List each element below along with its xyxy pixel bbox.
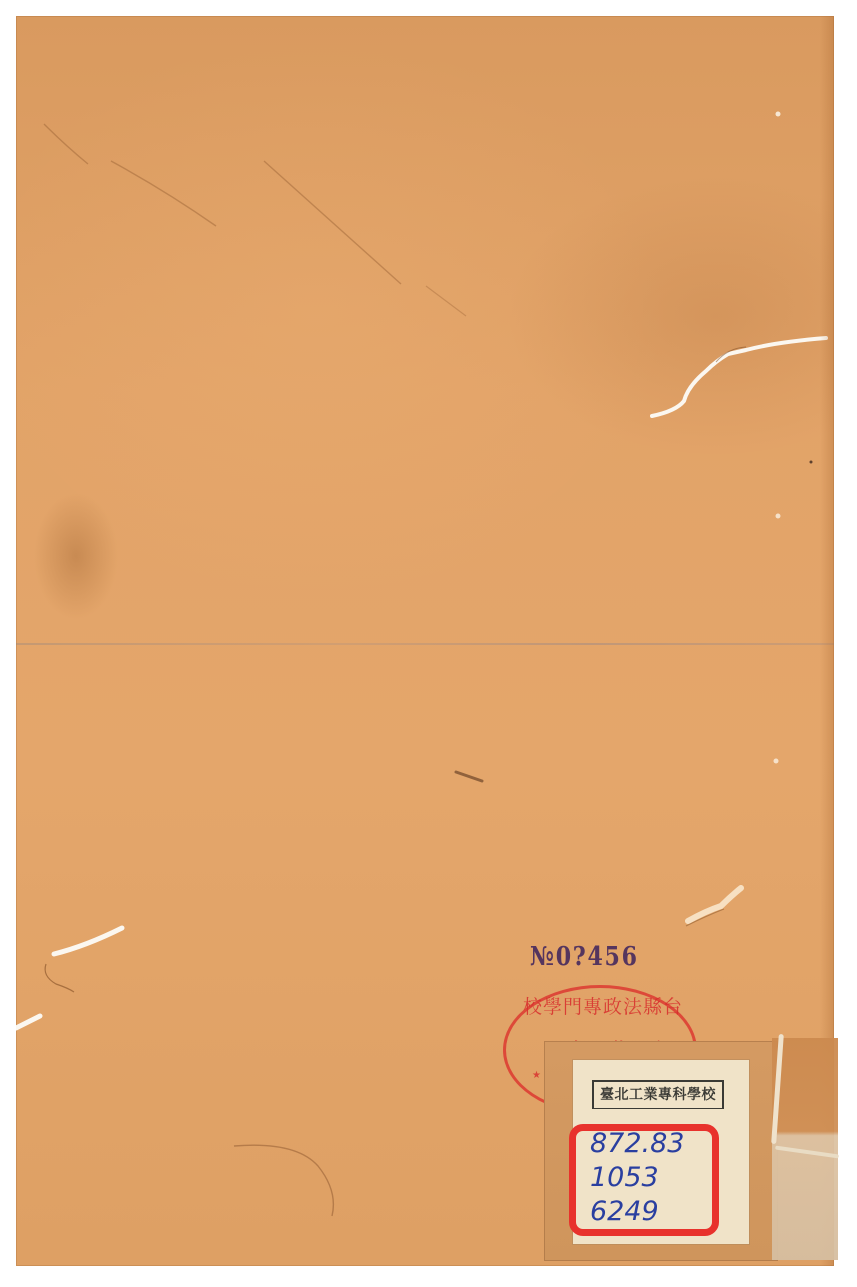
call-number-line-3: 6249	[590, 1195, 684, 1229]
seal-ring-text: 校學門專政法縣台	[506, 992, 700, 1019]
library-call-number-label: 臺北工業專科學校 872.83 1053 6249	[573, 1060, 749, 1244]
call-number-line-1: 872.83	[590, 1127, 684, 1161]
seal-star-icon: ★	[532, 1070, 541, 1081]
call-number: 872.83 1053 6249	[590, 1127, 684, 1229]
call-number-line-2: 1053	[590, 1161, 684, 1195]
label-school-name: 臺北工業專科學校	[592, 1080, 724, 1109]
accession-number: №0?456	[530, 942, 639, 972]
accession-number-stamp: №0?456	[530, 942, 639, 972]
call-number-box: 872.83 1053 6249	[569, 1124, 719, 1236]
